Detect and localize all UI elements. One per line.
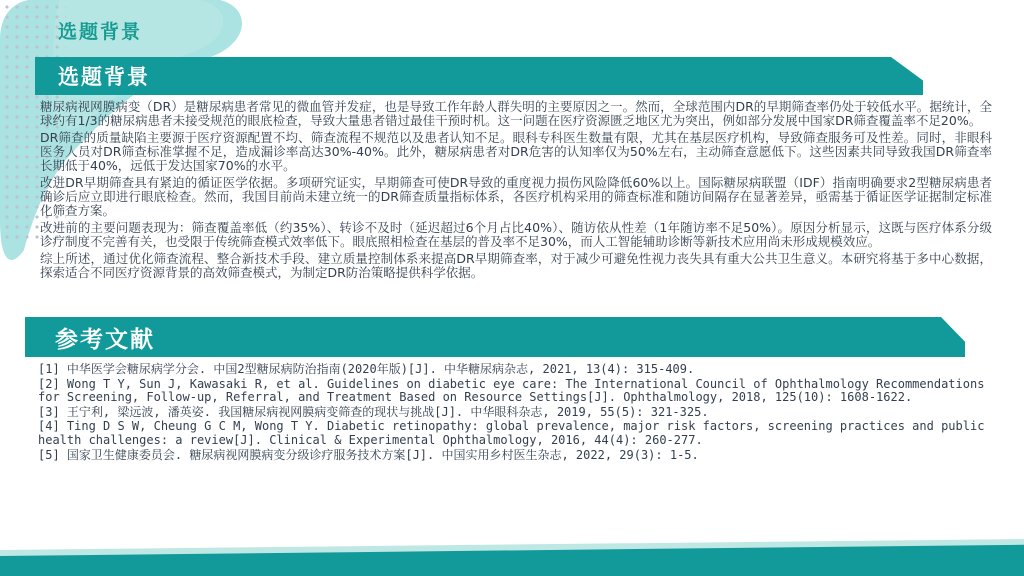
slide: 选题背景 选题背景 糖尿病视网膜病变（DR）是糖尿病患者常见的微血管并发症，也是… [0,0,1024,576]
reference-item: [4] Ting D S W, Cheung G C M, Wong T Y. … [38,420,990,447]
background-paragraph: 综上所述，通过优化筛查流程、整合新技术手段、建立质量控制体系来提高DR早期筛查率… [40,252,992,280]
background-paragraph: 改进DR早期筛查具有紧迫的循证医学依据。多项研究证实，早期筛查可使DR导致的重度… [40,176,992,218]
background-text-block: 糖尿病视网膜病变（DR）是糖尿病患者常见的微血管并发症，也是导致工作年龄人群失明… [40,100,992,283]
section-banner-references-label: 参考文献 [55,321,155,354]
reference-item: [1] 中华医学会糖尿病学分会. 中国2型糖尿病防治指南(2020年版)[J].… [38,363,990,377]
background-paragraph: 改进前的主要问题表现为：筛查覆盖率低（约35%）、转诊不及时（延迟超过6个月占比… [40,221,992,249]
reference-item: [3] 王宁利, 梁远波, 潘英姿. 我国糖尿病视网膜病变筛查的现状与挑战[J]… [38,406,990,420]
section-banner-background: 选题背景 [35,57,923,95]
section-banner-references: 参考文献 [25,317,965,357]
section-banner-background-label: 选题背景 [58,61,150,91]
page-title: 选题背景 [58,17,142,44]
background-paragraph: 糖尿病视网膜病变（DR）是糖尿病患者常见的微血管并发症，也是导致工作年龄人群失明… [40,100,992,128]
reference-item: [2] Wong T Y, Sun J, Kawasaki R, et al. … [38,378,990,405]
reference-item: [5] 国家卫生健康委员会. 糖尿病视网膜病变分级诊疗服务技术方案[J]. 中国… [38,449,990,463]
background-paragraph: DR筛查的质量缺陷主要源于医疗资源配置不均、筛查流程不规范以及患者认知不足。眼科… [40,131,992,173]
references-list: [1] 中华医学会糖尿病学分会. 中国2型糖尿病防治指南(2020年版)[J].… [38,363,990,463]
